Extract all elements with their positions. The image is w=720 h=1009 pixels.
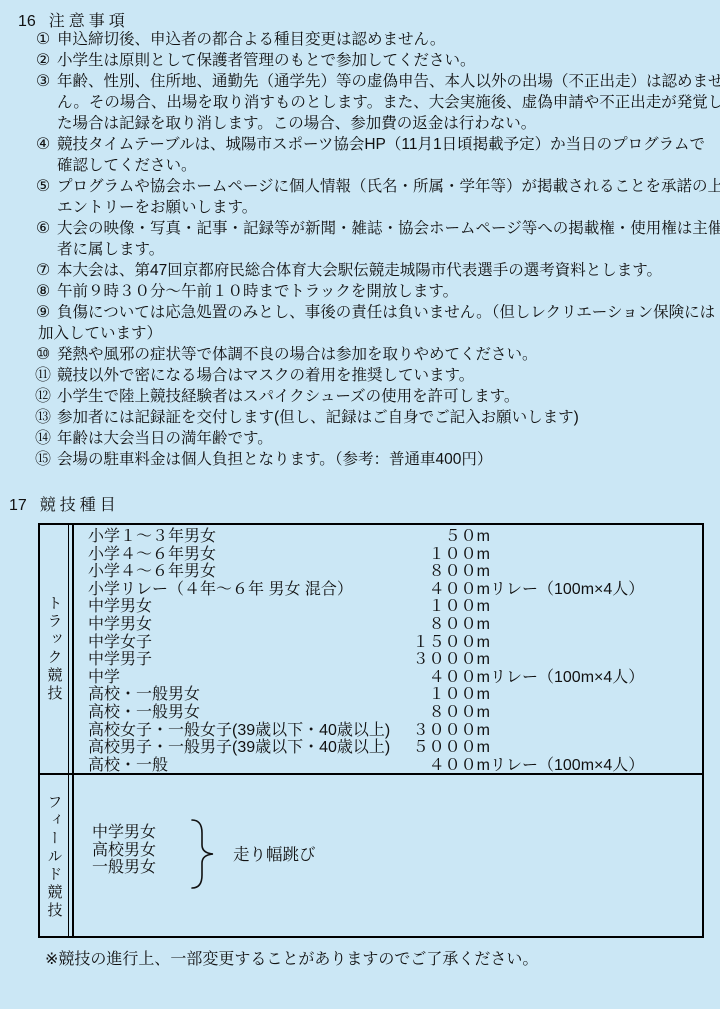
- notice-item-marker: ⑫: [30, 386, 56, 407]
- event-distance: ４００m: [402, 669, 490, 687]
- event-category: 小学４～６年男女: [88, 563, 402, 581]
- event-category: 高校女子・一般女子(39歳以下・40歳以上): [88, 722, 402, 740]
- track-row: 高校男子・一般男子(39歳以下・40歳以上)５０００m: [88, 739, 702, 757]
- notice-item: ⑩発熱や風邪の症状等で体調不良の場合は参加を取りやめてください。: [0, 344, 720, 365]
- event-relay-detail: [490, 722, 702, 740]
- notice-item: ②小学生は原則として保護者管理のもとで参加してください。: [0, 50, 720, 71]
- notice-item-continuation: 確認してください。: [0, 155, 720, 176]
- notice-item-marker: ⑭: [30, 428, 56, 449]
- track-row: 小学１～３年男女５０m: [88, 528, 702, 546]
- field-rows: 中学男女高校男女一般男女: [92, 824, 156, 877]
- event-category: 中学: [88, 669, 402, 687]
- track-row: 高校・一般男女８００m: [88, 704, 702, 722]
- event-distance: ８００m: [402, 704, 490, 722]
- notice-item: ①申込締切後、申込者の都合よる種目変更は認めません。: [0, 29, 720, 50]
- event-relay-detail: [490, 546, 702, 564]
- track-row: 高校・一般男女１００m: [88, 686, 702, 704]
- field-section: フィールド競技 中学男女高校男女一般男女 走り幅跳び: [40, 775, 702, 938]
- event-distance: １００m: [402, 598, 490, 616]
- event-distance: ５０m: [402, 528, 490, 546]
- event-category: 中学男女: [88, 598, 402, 616]
- notice-item-marker: ⑥: [30, 218, 56, 239]
- notice-item: ⑭年齢は大会当日の満年齢です。: [0, 428, 720, 449]
- event-relay-detail: [490, 704, 702, 722]
- track-label: トラック競技: [47, 595, 62, 703]
- event-distance: ８００m: [402, 563, 490, 581]
- notice-item-marker: ⑧: [30, 281, 56, 302]
- track-label-cell: トラック競技: [40, 525, 68, 773]
- notice-item-text: 午前９時３０分～午前１０時までトラックを開放します。: [57, 281, 458, 302]
- footnote: ※競技の進行上、一部変更することがありますのでご了承ください。: [45, 946, 538, 969]
- track-row: 中学男子３０００m: [88, 651, 702, 669]
- notice-item-text: 会場の駐車料金は個人負担となります。（参考：普通車400円）: [57, 449, 492, 470]
- event-relay-detail: [490, 528, 702, 546]
- track-row: 小学４～６年男女８００m: [88, 563, 702, 581]
- event-category: 小学１～３年男女: [88, 528, 402, 546]
- event-distance: １００m: [402, 546, 490, 564]
- notice-item: ⑨負傷については応急処置のみとし、事後の責任は負いません。（但しレクリエーション…: [0, 302, 720, 323]
- event-category: 高校・一般男女: [88, 686, 402, 704]
- track-row: 小学４～６年男女１００m: [88, 546, 702, 564]
- notice-item-marker: ⑮: [30, 449, 56, 470]
- notice-item: ⑫小学生で陸上競技経験者はスパイクシューズの使用を許可します。: [0, 386, 720, 407]
- field-content: 中学男女高校男女一般男女 走り幅跳び: [74, 775, 702, 938]
- notice-item: ⑬参加者には記録証を交付します(但し、記録はご自身でご記入お願いします): [0, 407, 720, 428]
- event-category: 中学男女: [88, 616, 402, 634]
- section17-number: 17: [9, 497, 27, 515]
- notice-item: ⑪競技以外で密になる場合はマスクの着用を推奨しています。: [0, 365, 720, 386]
- event-category: 高校・一般男女: [88, 704, 402, 722]
- notice-item: ⑦本大会は、第47回京都府民総合体育大会駅伝競走城陽市代表選手の選考資料とします…: [0, 260, 720, 281]
- section17-title: 競技種目: [40, 497, 120, 514]
- event-relay-detail: リレー（100m×4人）: [490, 581, 702, 599]
- notice-item-marker: ⑬: [30, 407, 56, 428]
- notice-item-marker: ③: [30, 71, 56, 92]
- notice-item-marker: ②: [30, 50, 56, 71]
- notice-item-continuation: ん。その場合、出場を取り消すものとします。また、大会実施後、虚偽申請や不正出走が…: [0, 92, 720, 113]
- section16-title: 注意事項: [49, 13, 129, 30]
- notice-list: ①申込締切後、申込者の都合よる種目変更は認めません。②小学生は原則として保護者管…: [0, 29, 720, 470]
- event-distance: ５０００m: [402, 739, 490, 757]
- notice-item: ③年齢、性別、住所地、通勤先（通学先）等の虚偽申告、本人以外の出場（不正出走）は…: [0, 71, 720, 92]
- notice-item-marker: ⑩: [30, 344, 56, 365]
- notice-item: ⑮会場の駐車料金は個人負担となります。（参考：普通車400円）: [0, 449, 720, 470]
- event-distance: １００m: [402, 686, 490, 704]
- track-row: 中学男女１００m: [88, 598, 702, 616]
- notice-item-continuation: 者に属します。: [0, 239, 720, 260]
- event-distance: ３０００m: [402, 722, 490, 740]
- event-category: 中学男子: [88, 651, 402, 669]
- event-relay-detail: [490, 686, 702, 704]
- notice-item: ⑥大会の映像・写真・記事・記録等が新聞・雑誌・協会ホームページ等への掲載権・使用…: [0, 218, 720, 239]
- notice-item-marker: ①: [30, 29, 56, 50]
- field-row: 高校男女: [92, 842, 156, 860]
- notice-item: ④競技タイムテーブルは、城陽市スポーツ協会HP（11月1日頃掲載予定）か当日のプ…: [0, 134, 720, 155]
- section17-heading: 17競技種目: [9, 492, 120, 515]
- notice-item-continuation: た場合は記録を取り消します。この場合、参加費の返金は行わない。: [0, 113, 720, 134]
- event-category: 中学女子: [88, 634, 402, 652]
- track-rows: 小学１～３年男女５０m小学４～６年男女１００m小学４～６年男女８００m小学リレー…: [74, 525, 702, 773]
- event-distance: ３０００m: [402, 651, 490, 669]
- event-relay-detail: [490, 739, 702, 757]
- event-distance: ８００m: [402, 616, 490, 634]
- field-label: フィールド競技: [47, 794, 62, 920]
- notice-item-continuation: エントリーをお願いします。: [0, 197, 720, 218]
- notice-item-text: 小学生は原則として保護者管理のもとで参加してください。: [57, 50, 476, 71]
- event-category: 小学４～６年男女: [88, 546, 402, 564]
- notice-item-marker: ④: [30, 134, 56, 155]
- event-relay-detail: リレー（100m×4人）: [490, 669, 702, 687]
- event-relay-detail: [490, 616, 702, 634]
- event-category: 小学リレー（４年～６年 男女 混合）: [88, 581, 402, 599]
- notice-item-text: 本大会は、第47回京都府民総合体育大会駅伝競走城陽市代表選手の選考資料とします。: [57, 260, 662, 281]
- event-relay-detail: リレー（100m×4人）: [490, 757, 702, 775]
- notice-item-marker: ⑨: [30, 302, 56, 323]
- track-section: トラック競技 小学１～３年男女５０m小学４～６年男女１００m小学４～６年男女８０…: [40, 525, 702, 773]
- notice-item-marker: ⑦: [30, 260, 56, 281]
- notice-item: ⑧午前９時３０分～午前１０時までトラックを開放します。: [0, 281, 720, 302]
- field-row: 一般男女: [92, 859, 156, 877]
- event-category: 高校・一般: [88, 757, 402, 775]
- field-event-label: 走り幅跳び: [233, 841, 316, 865]
- track-row: 小学リレー（４年～６年 男女 混合）４００mリレー（100m×4人）: [88, 581, 702, 599]
- notice-item-text: 年齢、性別、住所地、通勤先（通学先）等の虚偽申告、本人以外の出場（不正出走）は認…: [57, 71, 720, 92]
- notice-item-text: 負傷については応急処置のみとし、事後の責任は負いません。（但しレクリエーション保…: [57, 302, 715, 323]
- event-relay-detail: [490, 651, 702, 669]
- field-label-cell: フィールド競技: [40, 775, 68, 938]
- notice-item-text: 年齢は大会当日の満年齢です。: [57, 428, 273, 449]
- notice-item-marker: ⑪: [30, 365, 56, 386]
- event-relay-detail: [490, 598, 702, 616]
- notice-item-text: 競技タイムテーブルは、城陽市スポーツ協会HP（11月1日頃掲載予定）か当日のプロ…: [57, 134, 705, 155]
- track-row: 中学４００mリレー（100m×4人）: [88, 669, 702, 687]
- section16-heading: 16注意事項: [18, 8, 129, 31]
- event-distance: ４００m: [402, 581, 490, 599]
- notice-item-text: 申込締切後、申込者の都合よる種目変更は認めません。: [57, 29, 445, 50]
- notice-item-text: プログラムや協会ホームページに個人情報（氏名・所属・学年等）が掲載されることを承…: [57, 176, 720, 197]
- event-distance: １５００m: [402, 634, 490, 652]
- notice-item-text: 競技以外で密になる場合はマスクの着用を推奨しています。: [57, 365, 474, 386]
- track-row: 中学男女８００m: [88, 616, 702, 634]
- notice-item-marker: ⑤: [30, 176, 56, 197]
- track-row: 高校・一般４００mリレー（100m×4人）: [88, 757, 702, 775]
- track-row: 高校女子・一般女子(39歳以下・40歳以上)３０００m: [88, 722, 702, 740]
- notice-item: ⑤プログラムや協会ホームページに個人情報（氏名・所属・学年等）が掲載されることを…: [0, 176, 720, 197]
- event-relay-detail: [490, 563, 702, 581]
- brace-icon: [191, 817, 217, 891]
- event-relay-detail: [490, 634, 702, 652]
- notice-item-continuation: 加入しています）: [0, 323, 720, 344]
- notice-item-text: 小学生で陸上競技経験者はスパイクシューズの使用を許可します。: [57, 386, 519, 407]
- events-table: トラック競技 小学１～３年男女５０m小学４～６年男女１００m小学４～６年男女８０…: [38, 523, 704, 938]
- event-distance: ４００m: [402, 757, 490, 775]
- track-row: 中学女子１５００m: [88, 634, 702, 652]
- event-category: 高校男子・一般男子(39歳以下・40歳以上): [88, 739, 402, 757]
- notice-item-text: 大会の映像・写真・記事・記録等が新聞・雑誌・協会ホームページ等への掲載権・使用権…: [57, 218, 720, 239]
- notice-item-text: 発熱や風邪の症状等で体調不良の場合は参加を取りやめてください。: [57, 344, 538, 365]
- notice-item-text: 参加者には記録証を交付します(但し、記録はご自身でご記入お願いします): [57, 407, 579, 428]
- field-row: 中学男女: [92, 824, 156, 842]
